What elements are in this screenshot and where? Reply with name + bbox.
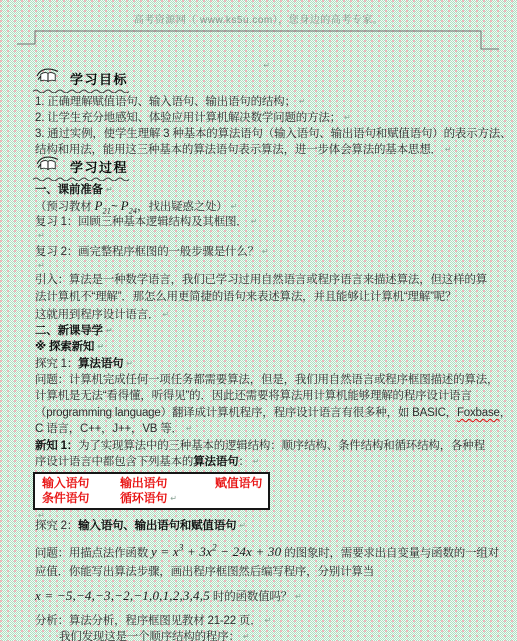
- section-goals-heading: 学习目标: [35, 70, 495, 88]
- empty-paragraph: ↵: [35, 260, 495, 272]
- goal-item: 1. 正确理解赋值语句、输入语句、输出语句的结构；↵: [35, 94, 495, 110]
- pilcrow-mark: ↵: [106, 326, 113, 335]
- problem2-line: 应值．你能写出算法步骤，画出程序框图然后编写程序，分别计算当: [35, 560, 495, 584]
- explore1-prefix: 探究 1：: [35, 358, 78, 370]
- goal-item: 结构和用法，能用这三种基本的算法语句表示算法，进一步体会算法的基本思想．↵: [35, 142, 495, 158]
- analysis-text: 我们发现这是一个顺序结构的程序：: [59, 631, 240, 641]
- formula-part: − 24x + 30: [217, 544, 282, 559]
- section-process-heading: 学习过程: [35, 158, 495, 176]
- problem1-line: 问题：计算机完成任何一项任务都需要算法，但是，我们用自然语言或程序框图描述的算法…: [35, 372, 495, 388]
- page-border-line: [0, 0, 517, 60]
- process-title: 学习过程: [70, 157, 128, 176]
- analysis-line: 我们发现这是一个顺序结构的程序：↵: [35, 629, 495, 641]
- newlesson-subheading: ※ 探索新知↵: [35, 339, 495, 355]
- empty-paragraph: ↵: [35, 230, 495, 244]
- problem2-lead: 问题：用描点法作函数: [35, 547, 151, 559]
- formula-part: y = x: [151, 544, 179, 559]
- goal-item-text: 结构和用法，能用这三种基本的算法语句表示算法，进一步体会算法的基本思想．: [35, 144, 442, 156]
- review1-text: 复习 1：回顾三种基本逻辑结构及其框图．: [35, 216, 248, 228]
- goal-item-text: 2. 让学生充分地感知、体验应用计算机解决数学问题的方法；: [35, 112, 341, 124]
- preview-post: ，找出疑惑之处）: [137, 201, 227, 213]
- goals-title: 学习目标: [70, 69, 128, 88]
- preview-line: （预习教材 P21~ P24，找出疑惑之处）↵: [35, 198, 495, 214]
- problem1-text: 问题：计算机完成任何一项任务都需要算法，但是，我们用自然语言或程序框图描述的算法…: [35, 374, 498, 386]
- newknow-text: 为了实现算法中的三种基本的逻辑结构：顺序结构、条件结构和循环结构，各种程: [78, 440, 485, 452]
- review-line: 复习 2：画完整程序框图的一般步骤是什么？↵: [35, 244, 495, 260]
- document-page: 高考资源网（ www.ks5u.com），您身边的高考专家。 ↵ 学习目标 1.…: [0, 0, 517, 641]
- goal-item-text: 1. 正确理解赋值语句、输入语句、输出语句的结构；: [35, 96, 296, 108]
- open-book-icon: [35, 155, 61, 176]
- pilcrow-mark: ↵: [106, 185, 113, 194]
- pilcrow-mark: ↵: [170, 494, 177, 503]
- newknow-line: 新知 1：为了实现算法中的三种基本的逻辑结构：顺序结构、条件结构和循环结构，各种…: [35, 438, 495, 454]
- newknow-text: ：: [238, 456, 249, 468]
- problem2-line: x = −5,−4,−3,−2,−1,0,1,2,3,4,5 时的函数值吗？↵: [35, 584, 495, 608]
- goal-item: 3. 通过实例，使学生理解 3 种基本的算法语句（输入语句、输出语句和赋值语句）…: [35, 126, 495, 142]
- page-ref: P: [121, 198, 129, 213]
- statement-row: 条件语句循环语句↵: [42, 491, 268, 506]
- statement-loop: 循环语句: [120, 491, 167, 505]
- prepare-heading-text: 一、课前准备: [35, 184, 103, 196]
- intro-text: 引入：算法是一种数学语言，我们已学习过用自然语言或程序语言来描述算法，但这样的算: [35, 274, 487, 286]
- document-body: ↵ 学习目标 1. 正确理解赋值语句、输入语句、输出语句的结构；↵ 2. 让学生…: [35, 60, 495, 641]
- review-line: 复习 1：回顾三种基本逻辑结构及其框图．↵: [35, 214, 495, 230]
- pilcrow-mark: ↵: [253, 457, 260, 466]
- problem2-text: 应值．你能写出算法步骤，画出程序框图然后编写程序，分别计算当: [35, 566, 374, 578]
- analysis-text: 分析：算法分析，程序框图见教材 21-22 页．: [35, 615, 262, 627]
- intro-line: 法计算机不“理解”．那怎么用更简捷的语句来表述算法，并且能够让计算机“理解”呢？: [35, 289, 495, 306]
- pilcrow-mark: ↵: [445, 145, 452, 154]
- function-formula: y = x3 + 3x2 − 24x + 30: [151, 544, 281, 559]
- prepare-heading: 一、课前准备↵: [35, 182, 495, 198]
- pilcrow-mark: ↵: [239, 521, 246, 530]
- problem1-text: （programming language）翻译成计算机程序，程序设计语言有很多…: [35, 407, 457, 419]
- intro-text: 这就用到程序设计语言．: [35, 309, 159, 321]
- problem1-line: 计算机是无法“看得懂，听得见”的．因此还需要将算法用计算机能够理解的程序设计语言: [35, 388, 495, 404]
- statement-box: 输入语句输出语句赋值语句 条件语句循环语句↵: [33, 472, 270, 510]
- pilcrow-mark: ↵: [262, 247, 269, 256]
- misspelled-word: Foxbase: [457, 407, 500, 419]
- analysis-line: 分析：算法分析，程序框图见教材 21-22 页．↵: [35, 612, 495, 629]
- problem2-text: 的图象时，需要求出自变量与函数的一组对: [281, 547, 499, 559]
- explore2-prefix: 探究 2：: [35, 520, 78, 532]
- pilcrow-mark: ↵: [97, 342, 104, 351]
- open-book-icon: [35, 67, 61, 88]
- newlesson-subheading-text: ※ 探索新知: [35, 341, 94, 353]
- review2-text: 复习 2：画完整程序框图的一般步骤是什么？: [35, 246, 259, 258]
- goal-item: 2. 让学生充分地感知、体验应用计算机解决数学问题的方法；↵: [35, 110, 495, 126]
- problem1-text: ，: [500, 407, 511, 419]
- newknow-label: 新知 1：: [35, 440, 78, 452]
- statement-assignment: 赋值语句: [215, 476, 262, 490]
- explore2-title: 输入语句、输出语句和赋值语句: [78, 520, 236, 532]
- problem1-line: C 语言，C++，J++，VB 等．↵: [35, 421, 495, 437]
- pilcrow-mark: ↵: [251, 217, 258, 226]
- wavy-underline: [32, 177, 130, 181]
- intro-text: 法计算机不“理解”．那怎么用更简捷的语句来表述算法，并且能够让计算机“理解”呢？: [35, 291, 456, 303]
- tilde: ~: [111, 201, 121, 213]
- pilcrow-mark: ↵: [299, 97, 306, 106]
- newknow-text: 序设计语言中都包含下列基本的: [35, 456, 193, 468]
- problem2-line: 问题：用描点法作函数 y = x3 + 3x2 − 24x + 30 的图象时，…: [35, 536, 495, 560]
- pilcrow-mark: ↵: [344, 113, 351, 122]
- problem1-line: （programming language）翻译成计算机程序，程序设计语言有很多…: [35, 405, 495, 421]
- problem2-text: 时的函数值吗？: [210, 591, 292, 603]
- problem1-text: C 语言，C++，J++，VB 等．: [35, 423, 183, 435]
- statement-output: 输出语句: [120, 476, 215, 491]
- pilcrow-mark: ↵: [38, 261, 45, 270]
- newlesson-heading: 二、新课导学↵: [35, 323, 495, 339]
- explore1-title: 算法语句: [78, 358, 123, 370]
- explore1-line: 探究 1：算法语句↵: [35, 355, 495, 372]
- intro-line: 引入：算法是一种数学语言，我们已学习过用自然语言或程序语言来描述算法，但这样的算: [35, 272, 495, 289]
- intro-line: 这就用到程序设计语言．↵: [35, 306, 495, 323]
- wavy-underline: [32, 89, 130, 93]
- newknow-line: 序设计语言中都包含下列基本的算法语句：↵: [35, 454, 495, 470]
- pilcrow-mark: ↵: [243, 632, 250, 641]
- statement-row: 输入语句输出语句赋值语句: [42, 476, 268, 491]
- preview-pre: （预习教材: [35, 201, 95, 213]
- newlesson-heading-text: 二、新课导学: [35, 325, 103, 337]
- statement-conditional: 条件语句: [42, 491, 120, 506]
- pilcrow-mark: ↵: [263, 61, 270, 70]
- pilcrow-mark: ↵: [162, 310, 169, 319]
- page-ref: P: [95, 198, 103, 213]
- empty-paragraph: ↵: [35, 510, 495, 518]
- explore2-line: 探究 2：输入语句、输出语句和赋值语句↵: [35, 518, 495, 534]
- pilcrow-mark: ↵: [231, 202, 238, 211]
- newknow-bold: 算法语句: [193, 456, 238, 468]
- pilcrow-mark: ↵: [186, 424, 193, 433]
- pilcrow-mark: ↵: [126, 359, 133, 368]
- pilcrow-mark: ↵: [295, 592, 302, 601]
- goal-item-text: 3. 通过实例，使学生理解 3 种基本的算法语句（输入语句、输出语句和赋值语句）…: [35, 128, 511, 140]
- pilcrow-mark: ↵: [38, 231, 45, 240]
- problem1-text: 计算机是无法“看得懂，听得见”的．因此还需要将算法用计算机能够理解的程序设计语言: [35, 390, 472, 402]
- formula-part: + 3x: [184, 544, 213, 559]
- x-values-formula: x = −5,−4,−3,−2,−1,0,1,2,3,4,5: [35, 588, 210, 603]
- statement-input: 输入语句: [42, 476, 120, 491]
- pilcrow-mark: ↵: [265, 616, 272, 625]
